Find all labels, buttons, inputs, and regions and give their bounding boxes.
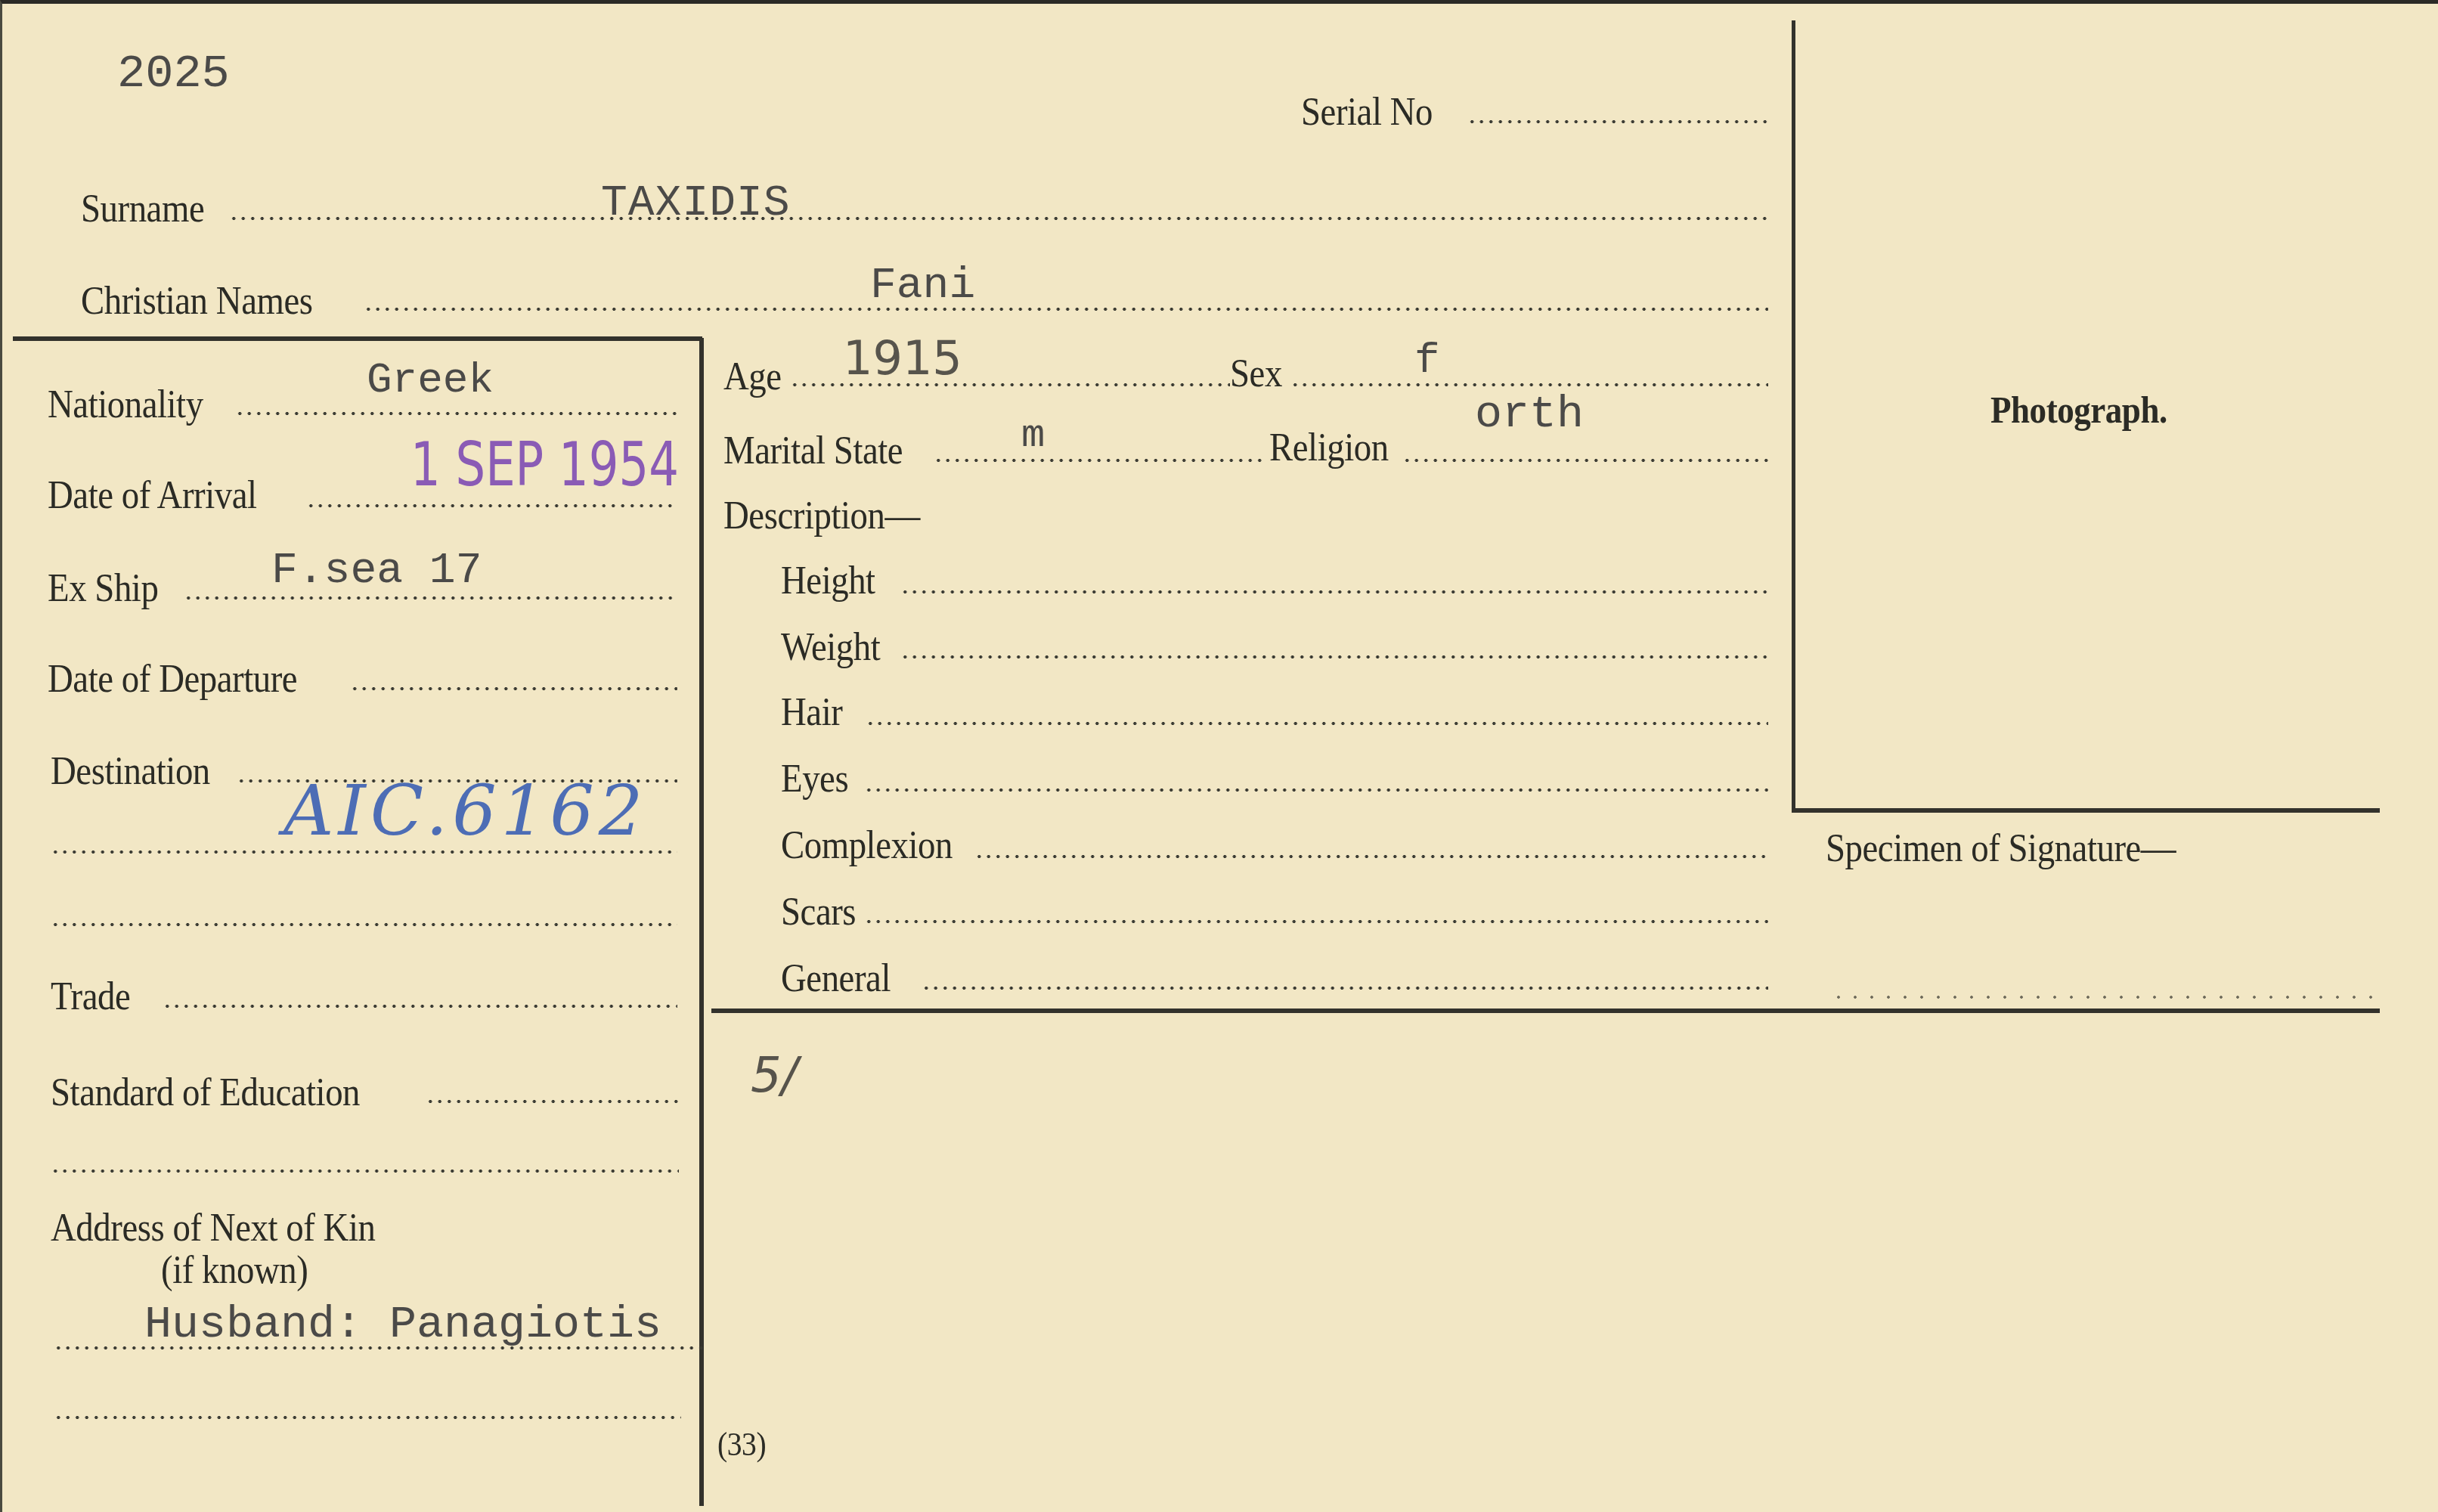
height-label: Height: [781, 562, 875, 601]
general-label: General: [781, 959, 891, 999]
destination-field-line-3[interactable]: [51, 922, 677, 928]
serial-no-field[interactable]: [1467, 119, 1768, 125]
signature-field[interactable]: [1830, 994, 2374, 1000]
immigration-record-card: 2025 Serial No Surname TAXIDIS Christian…: [0, 0, 2438, 1512]
surname-field[interactable]: [229, 215, 1768, 222]
nationality-value: Greek: [367, 359, 494, 401]
ex-ship-value: F.sea 17: [271, 550, 482, 593]
note-value: 5/: [751, 1052, 798, 1100]
record-number: 2025: [117, 51, 230, 98]
photograph-label: Photograph.: [1990, 391, 2167, 429]
destination-field-line-2[interactable]: [51, 849, 677, 855]
christian-names-label: Christian Names: [81, 282, 313, 321]
complexion-field[interactable]: [974, 854, 1768, 860]
religion-value: orth: [1475, 392, 1584, 438]
sex-label: Sex: [1230, 355, 1282, 394]
christian-names-field[interactable]: [364, 306, 1768, 312]
date-of-arrival-label: Date of Arrival: [48, 476, 257, 516]
complexion-label: Complexion: [781, 826, 953, 866]
marital-state-value: m: [1021, 417, 1045, 456]
ex-ship-label: Ex Ship: [48, 569, 158, 609]
trade-field[interactable]: [163, 1003, 677, 1009]
marital-state-label: Marital State: [723, 432, 903, 471]
left-box-top-rule: [13, 336, 702, 341]
standard-of-education-label: Standard of Education: [51, 1074, 360, 1113]
ex-ship-field[interactable]: [184, 595, 677, 601]
left-column-divider: [699, 338, 704, 1506]
general-field[interactable]: [922, 985, 1768, 991]
scars-field[interactable]: [864, 919, 1768, 925]
weight-field[interactable]: [900, 654, 1768, 660]
sex-field[interactable]: [1290, 382, 1768, 388]
religion-label: Religion: [1269, 429, 1389, 468]
standard-of-education-field[interactable]: [426, 1098, 679, 1105]
christian-names-value: Fani: [870, 265, 975, 308]
date-of-departure-label: Date of Departure: [48, 660, 297, 699]
scars-label: Scars: [781, 893, 856, 932]
next-of-kin-sublabel: (if known): [161, 1251, 308, 1290]
trade-label: Trade: [51, 978, 130, 1017]
photo-box-bottom-rule: [1794, 808, 2380, 813]
next-of-kin-label: Address of Next of Kin: [51, 1209, 375, 1248]
hair-field[interactable]: [866, 720, 1768, 727]
age-value: 1915: [843, 335, 962, 382]
description-bottom-rule: [711, 1009, 2380, 1013]
nationality-field[interactable]: [235, 411, 677, 417]
surname-label: Surname: [81, 190, 204, 229]
destination-label: Destination: [51, 752, 210, 792]
serial-no-label: Serial No: [1301, 93, 1433, 132]
sex-value: f: [1414, 339, 1440, 382]
next-of-kin-value: Husband: Panagiotis: [144, 1303, 661, 1348]
date-of-departure-field[interactable]: [350, 686, 677, 692]
destination-handwritten: AIC.6162: [283, 776, 647, 846]
surname-value: TAXIDIS: [601, 182, 791, 226]
signature-label: Specimen of Signature—: [1826, 829, 2176, 869]
eyes-field[interactable]: [864, 787, 1768, 793]
next-of-kin-field-line-2[interactable]: [54, 1414, 681, 1421]
nationality-label: Nationality: [48, 386, 203, 425]
marital-state-field[interactable]: [934, 457, 1266, 463]
date-of-arrival-stamp: 1 SEP 1954: [410, 435, 679, 495]
age-label: Age: [723, 358, 782, 397]
religion-field[interactable]: [1402, 457, 1768, 463]
eyes-label: Eyes: [781, 760, 848, 799]
date-of-arrival-field[interactable]: [306, 503, 677, 509]
description-heading: Description—: [723, 497, 920, 536]
photo-box-left-rule: [1792, 20, 1795, 813]
height-field[interactable]: [900, 589, 1768, 595]
standard-of-education-field-line-2[interactable]: [51, 1168, 679, 1174]
form-number: (33): [717, 1428, 766, 1461]
weight-label: Weight: [781, 628, 880, 668]
hair-label: Hair: [781, 693, 842, 733]
